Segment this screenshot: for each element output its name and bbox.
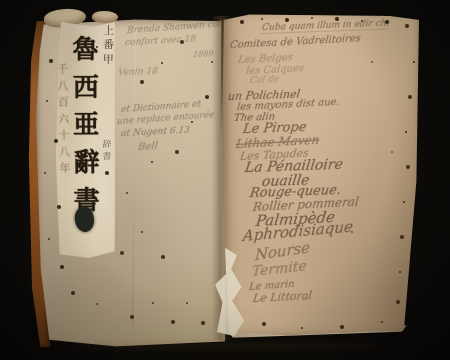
label-annotation-top-right: 上番甲 <box>102 24 115 67</box>
handwritten-line: Cal de <box>249 74 279 86</box>
label-annotation-small: 辞書 <box>102 140 112 163</box>
handwritten-line: Venin 18 <box>117 67 158 78</box>
stain-specks-right <box>0 0 2 2</box>
table-reflection <box>70 342 380 351</box>
label-title-vertical: 魯西亜辭書 <box>70 32 101 221</box>
handwritten-line: Bell <box>137 141 158 153</box>
handwritten-line: 1889 <box>192 49 213 59</box>
antique-book-photo: 魯西亜辭書 上番甲 辞書 千八百六十八年 Brenda Shanwen col … <box>0 0 450 360</box>
